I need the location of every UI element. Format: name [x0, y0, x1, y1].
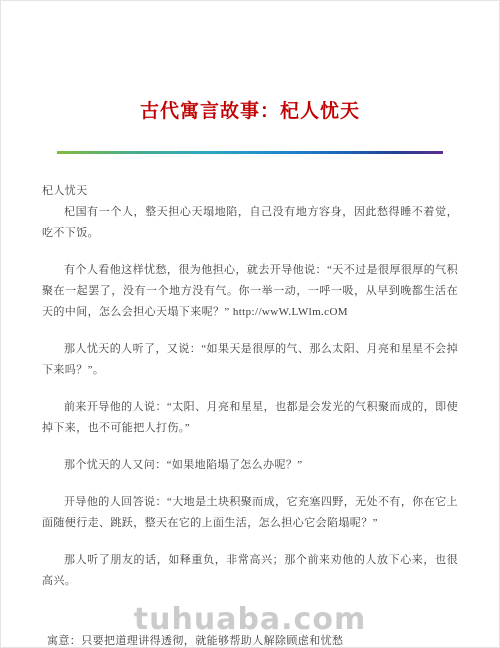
- article-heading: 杞人忧天: [42, 181, 458, 202]
- gradient-divider: [57, 151, 443, 154]
- paragraph-4: 前来开导他的人说：“太阳、月亮和星星，也都是会发光的气积聚而成的，即使掉下来，也…: [42, 397, 458, 439]
- page-title: 古代寓言故事：杞人忧天: [1, 1, 499, 126]
- moral-paragraph: 寓意：只要把道理讲得透彻，就能够帮助人解除顾虑和忧愁: [47, 631, 477, 648]
- paragraph-6: 开导他的人回答说：“大地是土块积聚而成，它充塞四野，无处不有，你在它上面随便行走…: [42, 492, 458, 534]
- paragraph-1: 杞国有一个人，整天担心天塌地陷，自己没有地方容身，因此愁得睡不着觉，吃不下饭。: [42, 202, 458, 244]
- paragraph-2: 有个人看他这样忧愁，很为他担心，就去开导他说：“天不过是很厚很厚的气积聚在一起罢…: [42, 260, 458, 323]
- article-body: 杞人忧天 杞国有一个人，整天担心天塌地陷，自己没有地方容身，因此愁得睡不着觉，吃…: [42, 181, 458, 592]
- paragraph-7: 那人听了朋友的话，如释重负，非常高兴；那个前来劝他的人放下心来，也很高兴。: [42, 550, 458, 592]
- paragraph-5: 那个忧天的人又问：“如果地陷塌了怎么办呢？”: [42, 455, 458, 476]
- paragraph-3: 那人忧天的人听了，又说：“如果天是很厚的气、那么太阳、月亮和星星不会掉下来吗？”…: [42, 339, 458, 381]
- document-page: 古代寓言故事：杞人忧天 杞人忧天 杞国有一个人，整天担心天塌地陷，自己没有地方容…: [0, 0, 500, 648]
